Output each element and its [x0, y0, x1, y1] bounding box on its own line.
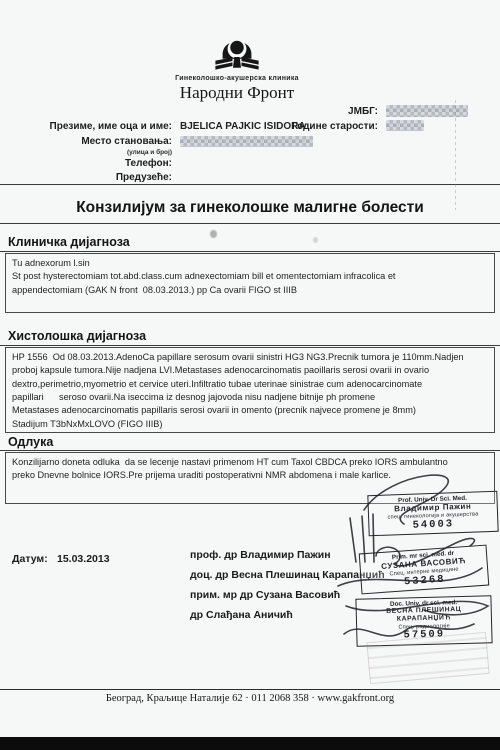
scan-smudge — [313, 237, 318, 243]
age-redacted-value — [386, 120, 424, 131]
clinic-subtitle: Гинеколошко-акушерска клиника — [127, 75, 347, 82]
histology-line: dextro,perimetrio,myometrio et cervice u… — [12, 378, 488, 391]
doctor-stamp-pazin: Prof. Univ. Dr Sci. Med. Владимир Пажин … — [367, 491, 498, 537]
histology-line: proboj kapsule tumora.Nije nadjena LVI.M… — [12, 364, 488, 377]
histology-line: Stadijum T3bNxMxLOVO (FIGO IIIB) — [12, 418, 488, 431]
decision-line: preko Dnevne bolnice IORS.Pre prijema ur… — [12, 469, 488, 482]
patient-name-label: Презиме, име оца и име: — [10, 121, 172, 132]
jmbg-label: ЈМБГ: — [280, 106, 378, 117]
scan-edge-bar — [0, 737, 500, 750]
clinic-name: Народни Фронт — [127, 83, 347, 103]
address-sub-label: (улица и број) — [108, 149, 172, 156]
title-underline — [0, 223, 500, 224]
address-redacted-value — [180, 136, 313, 147]
faded-stamp — [366, 632, 489, 684]
histology-diagnosis-box: HP 1556 Od 08.03.2013.AdenoCa papillare … — [5, 347, 495, 433]
clinical-line: St post hysterectomiam tot.abd.class.cum… — [12, 270, 488, 283]
footer-divider-line — [0, 689, 500, 690]
page-title: Конзилијум за гинеколошке малигне болест… — [0, 199, 500, 217]
date-label: Датум: — [12, 553, 48, 565]
company-label: Предузеће: — [10, 172, 172, 183]
footer-address: Београд, Краљице Наталије 62 · 011 2068 … — [0, 693, 500, 704]
decision-heading-underline — [0, 450, 500, 451]
phone-label: Телефон: — [10, 158, 172, 169]
address-label: Место становања: — [10, 136, 172, 147]
decision-heading: Одлука — [8, 435, 53, 449]
clinic-logo-icon — [210, 24, 264, 72]
scanned-document-page: Гинеколошко-акушерска клиника Народни Фр… — [0, 0, 500, 750]
histology-heading-underline — [0, 345, 500, 346]
decision-line: Konzilijarno doneta odluka da se lecenje… — [12, 456, 488, 469]
clinic-header: Гинеколошко-акушерска клиника Народни Фр… — [127, 24, 347, 103]
histology-diagnosis-heading: Хистолошка дијагноза — [8, 329, 146, 343]
clinical-heading-underline — [0, 251, 500, 252]
date-value: 15.03.2013 — [57, 553, 110, 565]
patient-divider-line — [0, 184, 500, 185]
histology-line: papillari seroso ovarii.Na iseccima iz d… — [12, 391, 488, 404]
doctor-stamp-vasovic: Prim. mr sci. med. dr СУЗАНА ВАСОВИЋ Спе… — [359, 545, 490, 595]
doctor-name: проф. др Владимир Пажин — [190, 545, 385, 565]
scan-fold-line — [455, 100, 456, 210]
age-label: Године старости: — [238, 121, 378, 132]
clinical-diagnosis-box: Tu adnexorum l.sin St post hysterectomia… — [5, 253, 495, 313]
clinical-line: Tu adnexorum l.sin — [12, 257, 488, 270]
histology-line: HP 1556 Od 08.03.2013.AdenoCa papillare … — [12, 351, 488, 364]
clinical-line: appendectomiam (GAK N front 08.03.2013.)… — [12, 284, 488, 297]
scan-smudge — [210, 230, 217, 238]
histology-line: Metastases adenocarcinomatis papillaris … — [12, 404, 488, 417]
doctor-name: доц. др Весна Плешинац Карапанџић — [190, 565, 385, 585]
clinical-diagnosis-heading: Клиничка дијагноза — [8, 235, 130, 249]
